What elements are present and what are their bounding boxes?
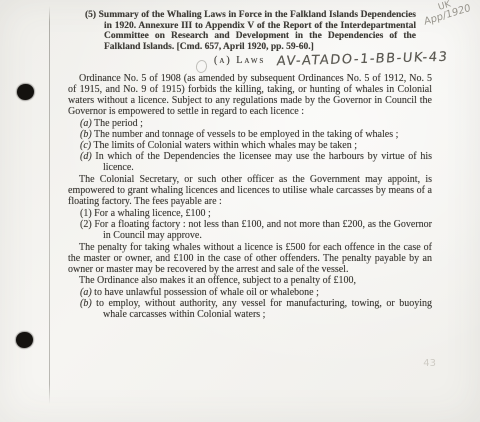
- list-item: (2) For a floating factory : not less th…: [80, 219, 432, 241]
- fees-list: (1) For a whaling licence, £100 ; (2) Fo…: [80, 208, 432, 241]
- pencil-loop-mark: [195, 59, 208, 74]
- punch-hole-bottom: [16, 332, 33, 348]
- document-title-number: (5): [85, 10, 96, 20]
- list-item: (c) The limits of Colonial waters within…: [80, 140, 432, 151]
- licence-terms-list: (a) The period ; (b) The number and tonn…: [80, 118, 432, 173]
- paragraph-ordinance: Ordinance No. 5 of 1908 (as amended by s…: [68, 73, 432, 117]
- section-heading-row: (a) Laws AV-ATADO-1-BB-UK-43: [68, 54, 432, 73]
- document-title-text: Summary of the Whaling Laws in Force in …: [99, 10, 416, 52]
- list-item-label: (1): [80, 208, 92, 219]
- scanned-document-page: UK App/1920 (5) Summary of the Whaling L…: [0, 0, 480, 422]
- list-item-text: For a whaling licence, £100 ;: [94, 208, 211, 219]
- list-item-label: (b): [80, 298, 92, 309]
- paragraph-penalty: The penalty for taking whales without a …: [68, 242, 432, 275]
- list-item: (b) to employ, without authority, any ve…: [80, 298, 432, 320]
- pencil-page-number: 43: [423, 358, 436, 369]
- list-item: (1) For a whaling licence, £100 ;: [80, 208, 432, 219]
- list-item-text: The limits of Colonial waters within whi…: [93, 140, 357, 151]
- paragraph-colonial-secretary: The Colonial Secretary, or such other of…: [68, 174, 432, 207]
- list-item: (a) to have unlawful possession of whale…: [80, 287, 432, 298]
- page-fold-line: [49, 6, 50, 404]
- document-body: (5) Summary of the Whaling Laws in Force…: [68, 10, 432, 321]
- list-item-label: (2): [80, 219, 92, 230]
- offences-list: (a) to have unlawful possession of whale…: [80, 287, 432, 320]
- list-item-label: (a): [80, 118, 92, 129]
- list-item-text: The period ;: [94, 118, 143, 129]
- section-heading: (a) Laws: [214, 55, 265, 66]
- list-item-text: For a floating factory : not less than £…: [94, 219, 432, 241]
- list-item-text: to employ, without authority, any vessel…: [96, 298, 432, 320]
- list-item-text: In which of the Dependencies the license…: [95, 151, 432, 173]
- list-item-text: to have unlawful possession of whale oil…: [94, 287, 319, 298]
- list-item: (d) In which of the Dependencies the lic…: [80, 151, 432, 173]
- list-item: (a) The period ;: [80, 118, 432, 129]
- list-item-label: (b): [80, 129, 92, 140]
- list-item-label: (a): [80, 287, 92, 298]
- list-item-label: (d): [80, 151, 92, 162]
- list-item-text: The number and tonnage of vessels to be …: [94, 129, 398, 140]
- list-item-label: (c): [80, 140, 91, 151]
- handwritten-reference-code: AV-ATADO-1-BB-UK-43: [276, 52, 449, 67]
- list-item: (b) The number and tonnage of vessels to…: [80, 129, 432, 140]
- punch-hole-top: [17, 84, 34, 100]
- document-title: (5) Summary of the Whaling Laws in Force…: [85, 10, 416, 52]
- paragraph-ordinance-offence: The Ordinance also makes it an offence, …: [68, 275, 432, 286]
